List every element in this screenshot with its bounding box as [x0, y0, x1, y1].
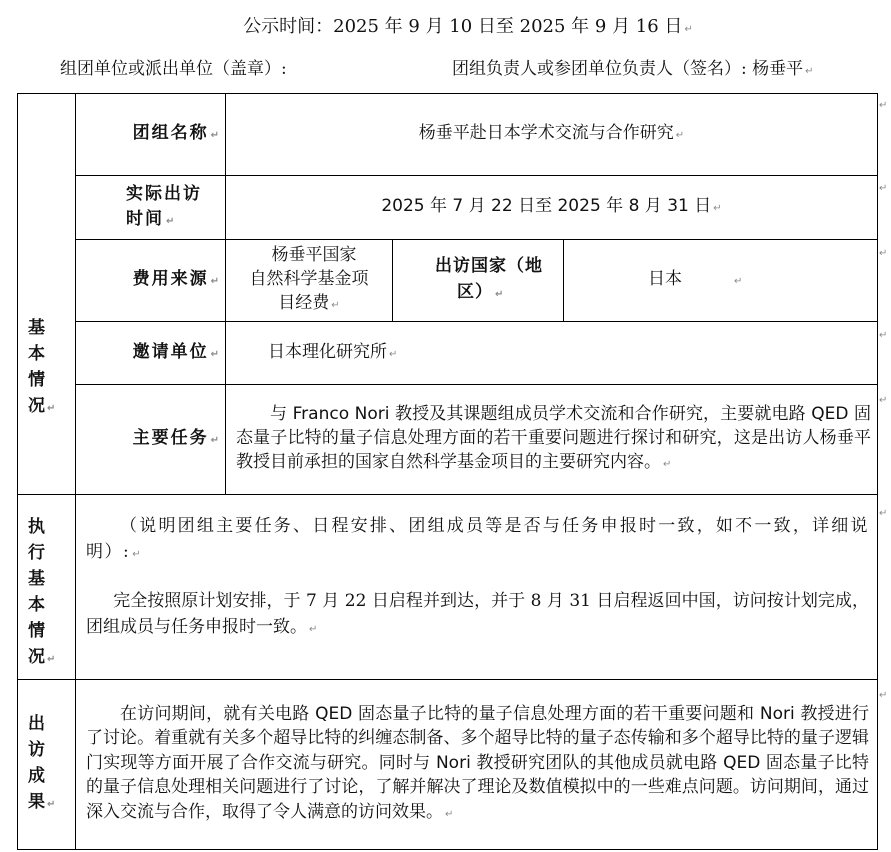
group-name-value: 杨垂平赴日本学术交流与合作研究↵	[226, 94, 878, 176]
execution-instruction: （说明团组主要任务、日程安排、团组成员等是否与任务申报时一致，如不一致，详细说明…	[86, 513, 869, 568]
section-label-basic: 基 本 情 况↵	[18, 94, 76, 495]
section-label-execution: 执 行 基 本 情 况↵	[18, 495, 76, 680]
inviter-label: 邀请单位↵	[76, 322, 226, 385]
visit-time-value: 2025 年 7 月 22 日至 2025 年 8 月 31 日↵	[226, 176, 878, 240]
funding-value: 杨垂平国家 自然科学基金项 目经费↵	[226, 240, 393, 322]
visit-time-label: 实际出访 时间↵	[76, 176, 226, 240]
inviter-value: 日本理化研究所↵	[226, 322, 878, 385]
visit-report-table: 基 本 情 况↵ 团组名称↵ 杨垂平赴日本学术交流与合作研究↵ 实际出访 时间↵…	[17, 93, 878, 850]
results-content: 在访问期间，就有关电路 QED 固态量子比特的量子信息处理方面的若干重要问题和 …	[76, 680, 878, 850]
funding-label: 费用来源↵	[76, 240, 226, 322]
execution-content: （说明团组主要任务、日程安排、团组成员等是否与任务申报时一致，如不一致，详细说明…	[76, 495, 878, 680]
execution-description: 完全按照原计划安排，于 7 月 22 日启程并到达，并于 8 月 31 日启程返…	[86, 588, 869, 643]
main-task-value: 与 Franco Nori 教授及其课题组成员学术交流和合作研究，主要就电路 Q…	[226, 385, 878, 495]
row-end-mark: ↵	[879, 508, 887, 519]
row-execution: 执 行 基 本 情 况↵ （说明团组主要任务、日程安排、团组成员等是否与任务申报…	[18, 495, 878, 680]
country-label: 出访国家（地 区）↵	[393, 240, 564, 322]
row-visit-time: 实际出访 时间↵ 2025 年 7 月 22 日至 2025 年 8 月 31 …	[18, 176, 878, 240]
row-group-name: 基 本 情 况↵ 团组名称↵ 杨垂平赴日本学术交流与合作研究↵	[18, 94, 878, 176]
publicity-time: 公示时间：2025 年 9 月 10 日至 2025 年 9 月 16 日↵	[0, 12, 891, 38]
row-end-mark: ↵	[879, 248, 887, 259]
row-main-task: 主要任务↵ 与 Franco Nori 教授及其课题组成员学术交流和合作研究，主…	[18, 385, 878, 495]
row-end-mark: ↵	[879, 395, 887, 406]
country-value: 日本↵	[564, 240, 878, 322]
org-unit-label: 组团单位或派出单位（盖章）:	[60, 54, 287, 79]
row-end-mark: ↵	[879, 183, 887, 194]
leader-signature: 团组负责人或参团单位负责人（签名）: 杨垂平↵	[452, 54, 814, 79]
section-label-results: 出 访 成 果↵	[18, 680, 76, 850]
row-end-mark: ↵	[879, 690, 887, 701]
main-task-label: 主要任务↵	[76, 385, 226, 495]
row-end-mark: ↵	[879, 330, 887, 341]
row-inviter: 邀请单位↵ 日本理化研究所↵	[18, 322, 878, 385]
row-funding-country: 费用来源↵ 杨垂平国家 自然科学基金项 目经费↵ 出访国家（地 区）↵ 日本↵	[18, 240, 878, 322]
group-name-label: 团组名称↵	[76, 94, 226, 176]
row-end-mark: ↵	[879, 100, 887, 111]
row-results: 出 访 成 果↵ 在访问期间，就有关电路 QED 固态量子比特的量子信息处理方面…	[18, 680, 878, 850]
